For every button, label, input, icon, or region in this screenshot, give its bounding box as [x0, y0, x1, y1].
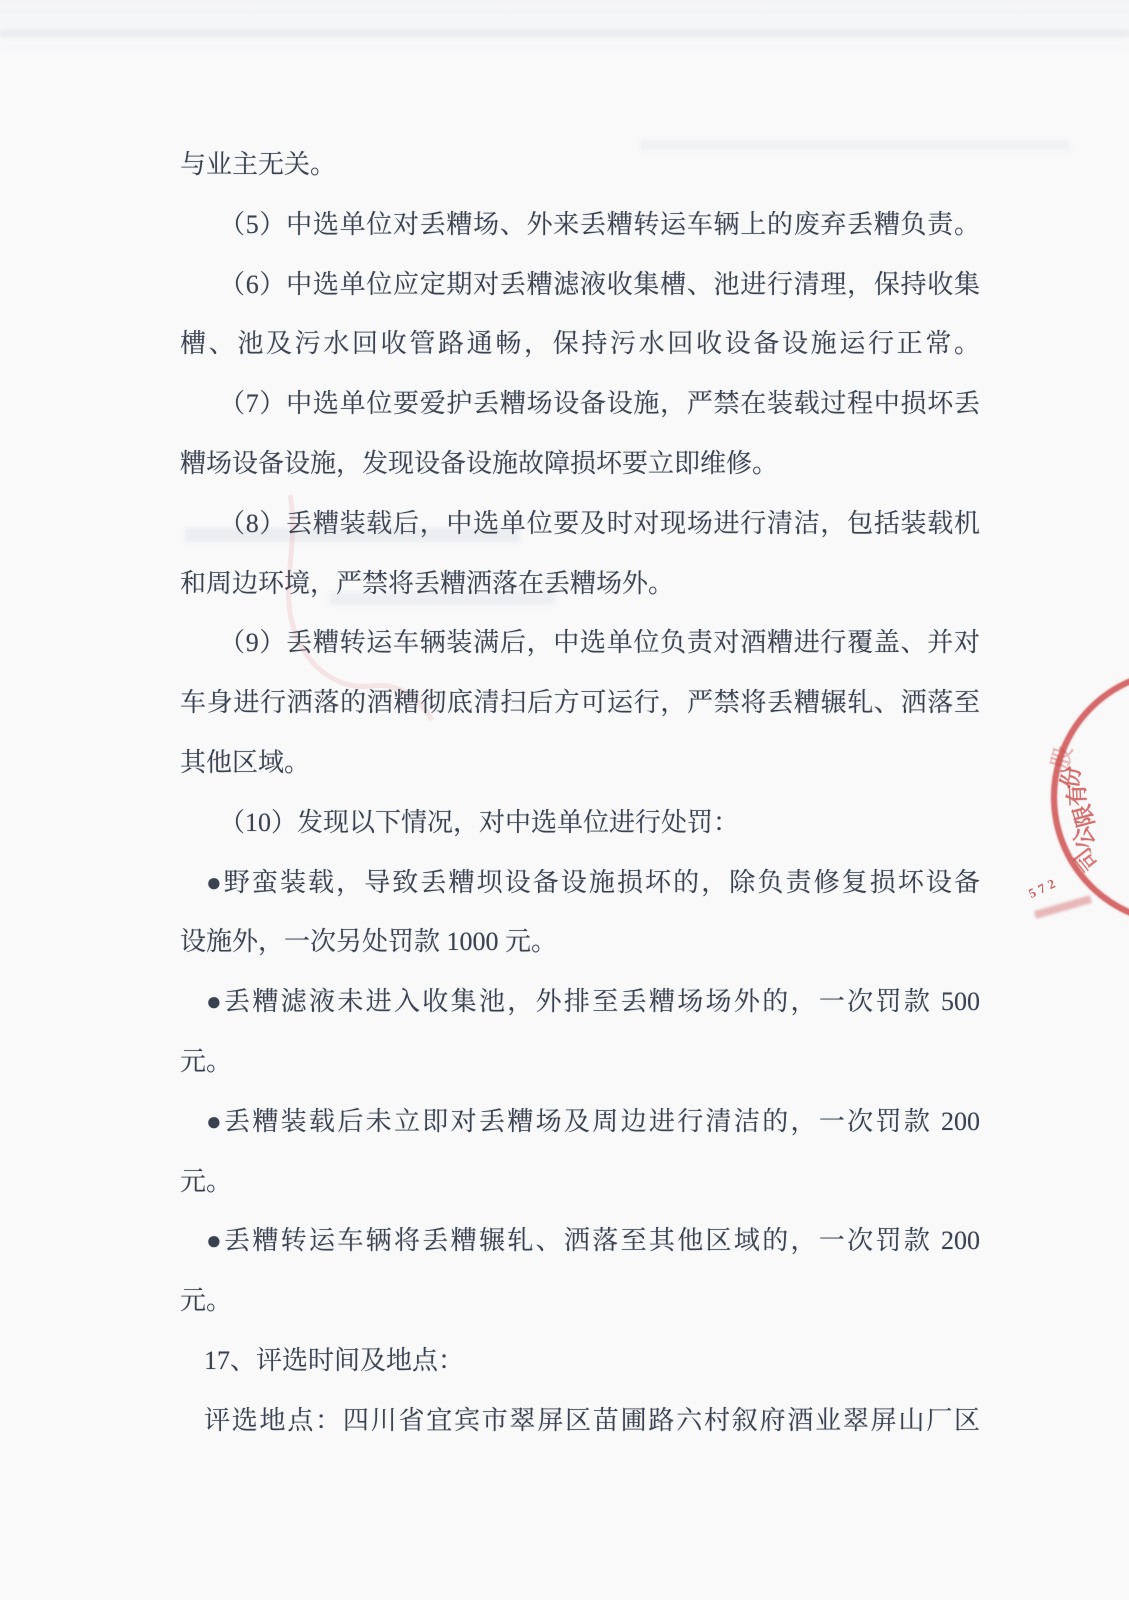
text-line: ●丢糟转运车辆将丢糟辗轧、洒落至其他区域的，一次罚款 200	[180, 1224, 980, 1284]
seal-character: 限	[1065, 801, 1101, 830]
document-page: 与业主无关。（5）中选单位对丢糟场、外来丢糟转运车辆上的废弃丢糟负责。（6）中选…	[0, 0, 1129, 1600]
text-line: 设施外，一次另处罚款 1000 元。	[180, 925, 980, 985]
text-line: ●丢糟装载后未立即对丢糟场及周边进行清洁的，一次罚款 200	[180, 1105, 980, 1165]
text-line: 糟场设备设施，发现设备设施故障损坏要立即维修。	[180, 447, 980, 507]
text-line: 评选地点：四川省宜宾市翠屏区苗圃路六村叙府酒业翠屏山厂区	[180, 1404, 980, 1464]
text-line: （6）中选单位应定期对丢糟滤液收集槽、池进行清理，保持收集	[180, 268, 980, 328]
text-line: （9）丢糟转运车辆装满后，中选单位负责对酒糟进行覆盖、并对	[180, 626, 980, 686]
text-line: ●丢糟滤液未进入收集池，外排至丢糟场场外的，一次罚款 500	[180, 985, 980, 1045]
text-line: （5）中选单位对丢糟场、外来丢糟转运车辆上的废弃丢糟负责。	[180, 208, 980, 268]
seal-character: 有	[1060, 783, 1092, 806]
text-line: 与业主无关。	[180, 148, 980, 208]
text-line: （7）中选单位要爱护丢糟场设备设施，严禁在装载过程中损坏丢	[180, 387, 980, 447]
document-text: 与业主无关。（5）中选单位对丢糟场、外来丢糟转运车辆上的废弃丢糟负责。（6）中选…	[180, 148, 980, 1464]
text-line: 元。	[180, 1284, 980, 1344]
seal-character: 公	[1064, 821, 1102, 855]
text-line: 槽、池及污水回收管路通畅，保持污水回收设备设施运行正常。	[180, 327, 980, 387]
scanner-streak	[0, 30, 1129, 37]
text-line: 17、评选时间及地点：	[180, 1344, 980, 1404]
seal-smudge	[1034, 895, 1092, 919]
text-line: 元。	[180, 1165, 980, 1225]
text-line: 其他区域。	[180, 746, 980, 806]
text-line: （10）发现以下情况，对中选单位进行处罚：	[180, 806, 980, 866]
text-line: 车身进行洒落的酒糟彻底清扫后方可运行，严禁将丢糟辗轧、洒落至	[180, 686, 980, 746]
seal-character: 份	[1053, 764, 1087, 790]
text-line: （8）丢糟装载后，中选单位要及时对现场进行清洁，包括装载机	[180, 507, 980, 567]
seal-border	[1051, 668, 1129, 926]
text-line: 元。	[180, 1045, 980, 1105]
seal-number: 572	[1026, 874, 1061, 902]
text-line: ●野蛮装载，导致丢糟坝设备设施损坏的，除负责修复损坏设备	[180, 866, 980, 926]
seal-character: 股	[1043, 743, 1078, 772]
text-line: 和周边环境，严禁将丢糟洒落在丢糟场外。	[180, 567, 980, 627]
seal-character: 司	[1067, 842, 1105, 878]
